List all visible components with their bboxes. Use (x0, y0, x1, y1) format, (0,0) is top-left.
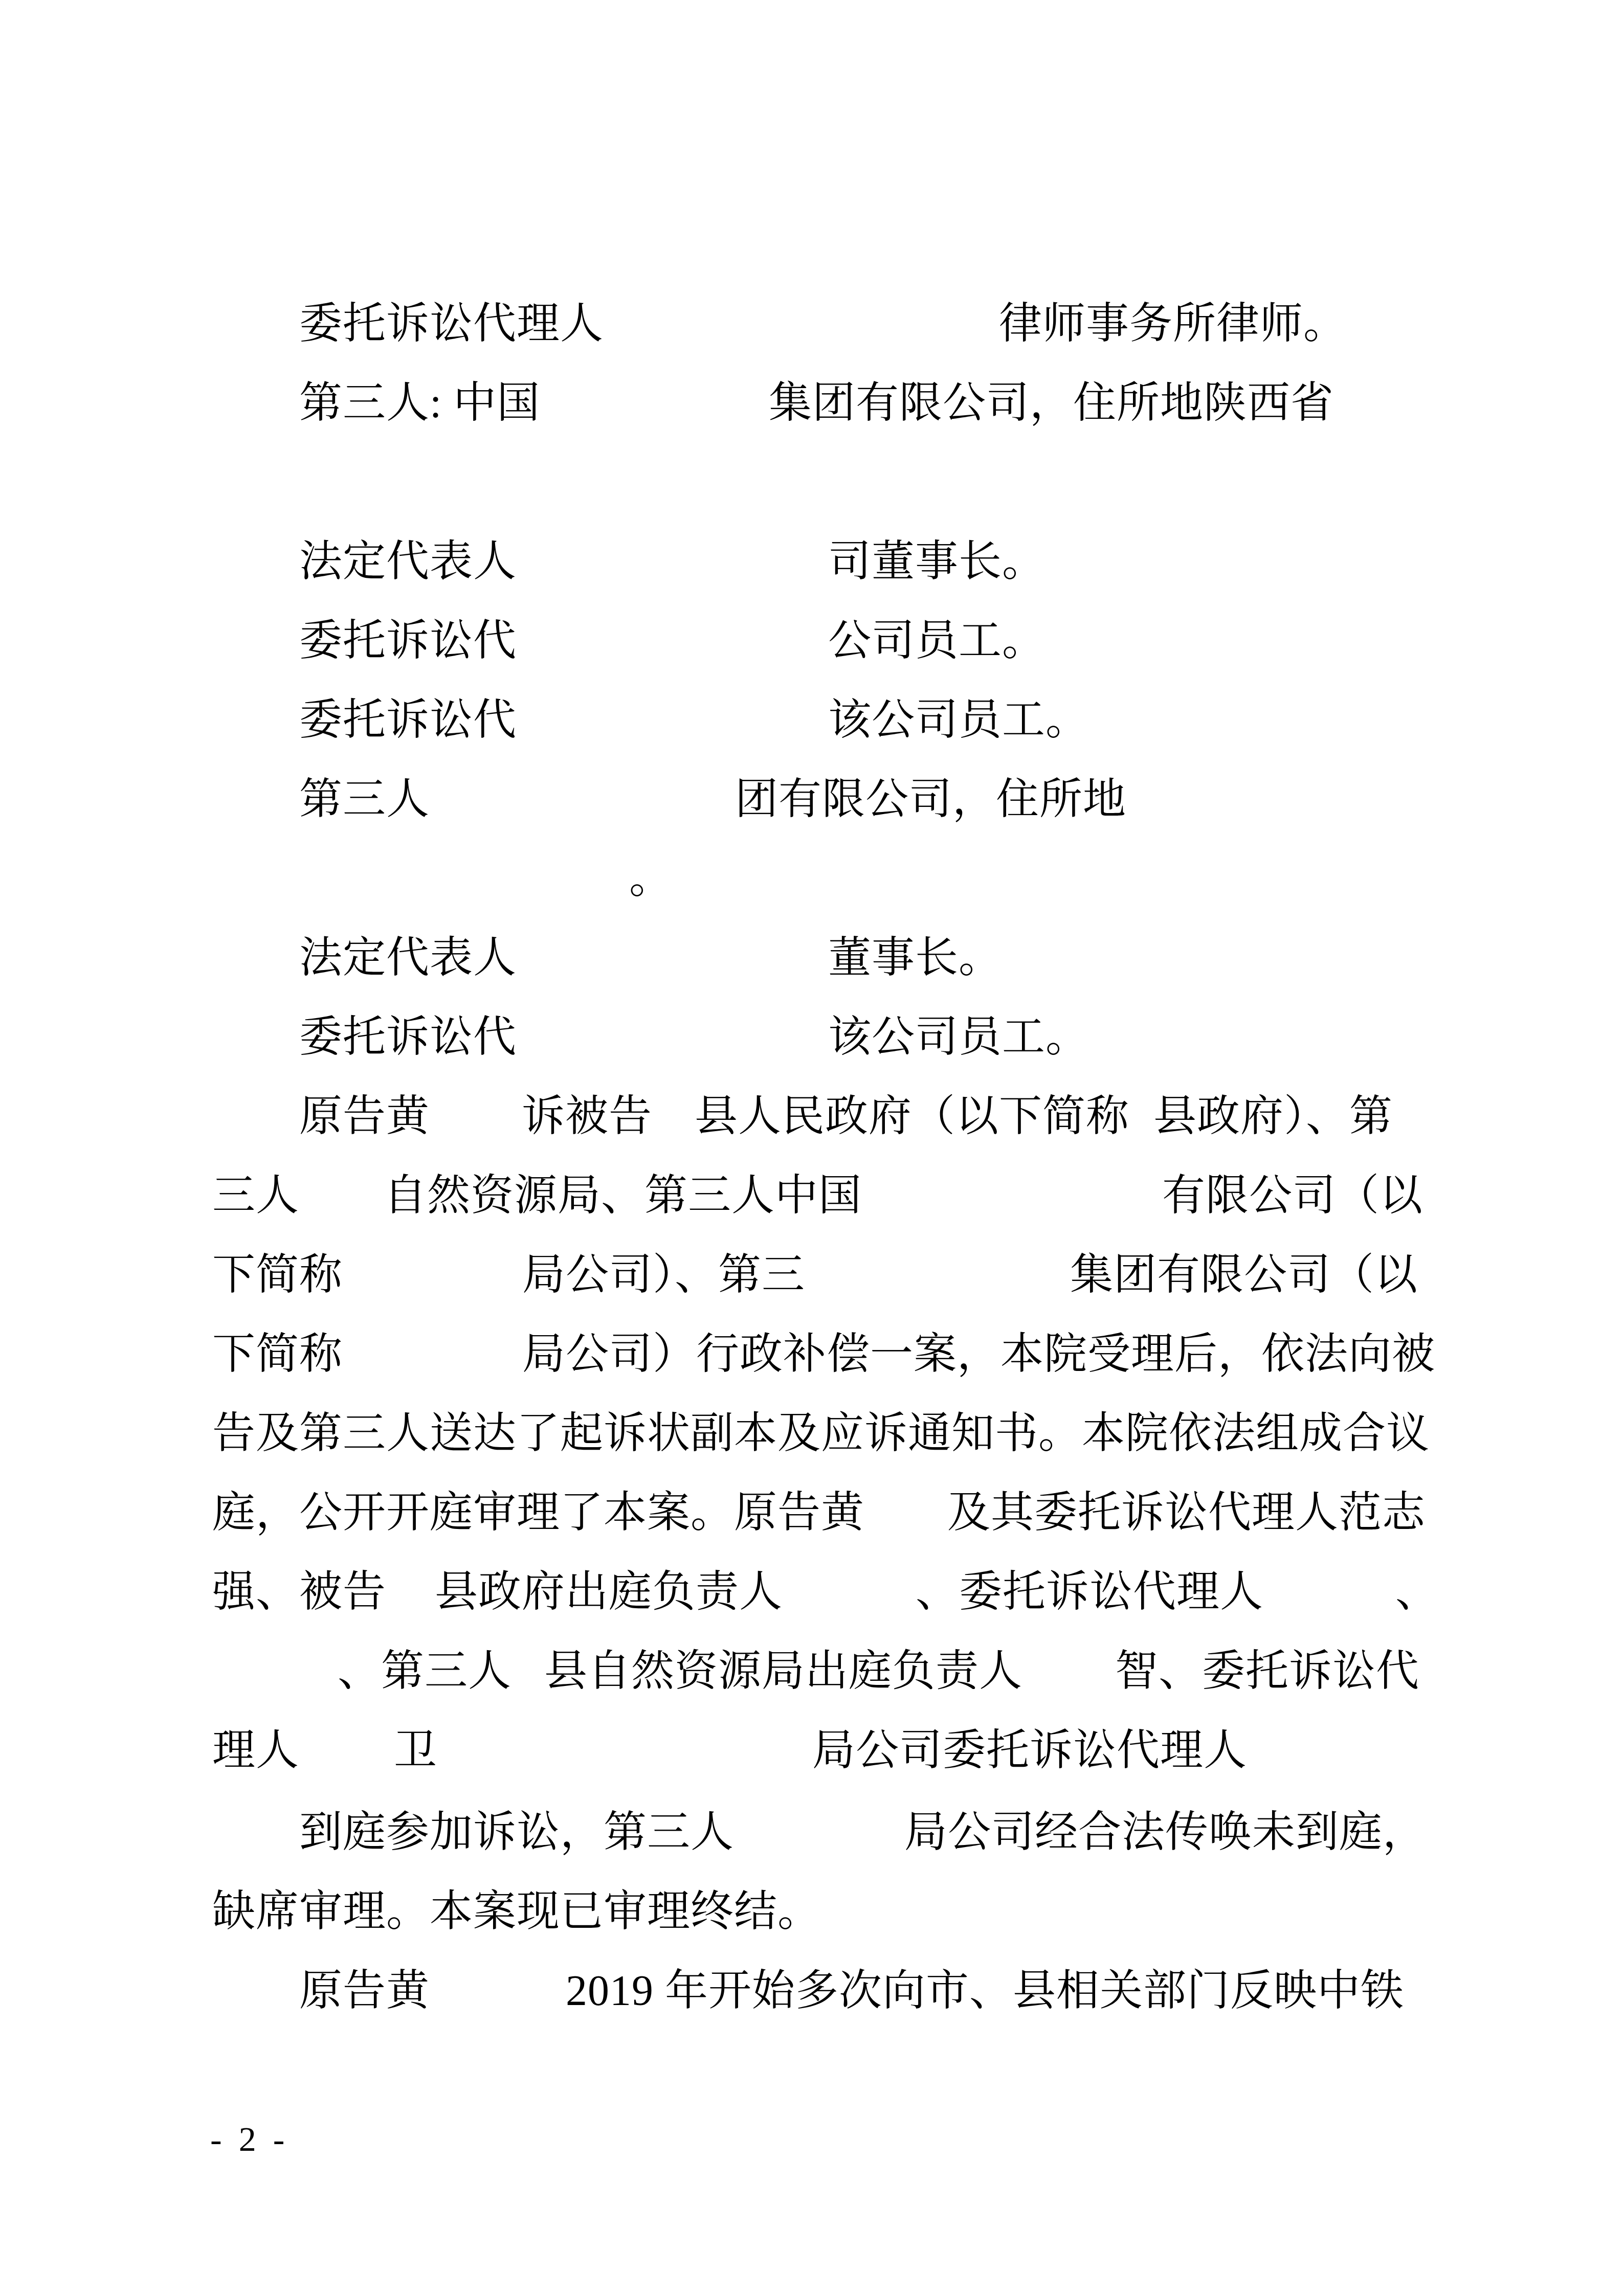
text-line: 下简称局公司）、第三集团有限公司（以 (0, 1250, 1624, 1308)
text-segment: 、第三人 (338, 1647, 511, 1697)
text-line: 委托诉讼代理人律师事务所律师。 (0, 299, 1624, 356)
text-segment: 县政府）、第 (1153, 1092, 1393, 1142)
text-segment: 三人 (212, 1171, 299, 1221)
text-segment: 及其委托诉讼代理人范志 (947, 1488, 1426, 1538)
text-segment: 有限公司（以 (1162, 1171, 1423, 1221)
document-page: 委托诉讼代理人律师事务所律师。第三人: 中国集团有限公司，住所地陕西省法定代表人… (0, 0, 1624, 2296)
text-segment: 法定代表人 (299, 537, 517, 587)
text-segment: 诉被告 (522, 1092, 652, 1142)
text-segment: 自然资源局、第三人中国 (384, 1171, 862, 1221)
text-line: 第三人团有限公司，住所地 (0, 775, 1624, 832)
text-line: 强、被告县政府出庭负责人、委托诉讼代理人、 (0, 1567, 1624, 1625)
text-segment: 委托诉讼代 (299, 616, 517, 666)
text-segment: 第三人: 中国 (299, 378, 540, 429)
text-segment: 2019 年开始多次向市、县相关部门反映中铁 (566, 1966, 1404, 2016)
text-segment: 县政府出庭负责人 (435, 1567, 783, 1617)
text-segment: 原告黄 (299, 1092, 430, 1142)
text-segment: 该公司员工。 (828, 1012, 1089, 1063)
text-segment: 。 (629, 854, 673, 904)
text-segment: 委托诉讼代 (299, 695, 517, 746)
text-line: 第三人: 中国集团有限公司，住所地陕西省 (0, 378, 1624, 436)
text-segment: 理人 (212, 1726, 299, 1776)
text-segment: 局公司）行政补偿一案，本院受理后，依法向被 (522, 1330, 1435, 1380)
text-segment: 团有限公司，住所地 (735, 775, 1126, 825)
text-line: 原告黄2019 年开始多次向市、县相关部门反映中铁 (0, 1966, 1624, 2023)
text-segment: 第三人 (299, 775, 430, 825)
text-segment: 下简称 (212, 1250, 343, 1300)
text-segment: 强、被告 (212, 1567, 386, 1617)
text-segment: 智、委托诉讼代 (1115, 1647, 1419, 1697)
text-line: 原告黄诉被告县人民政府（以下简称县政府）、第 (0, 1092, 1624, 1149)
text-segment: 告及第三人送达了起诉状副本及应诉通知书。本院依法组成合议 (212, 1409, 1430, 1459)
text-segment: 该公司员工。 (828, 695, 1089, 746)
text-segment: 到庭参加诉讼，第三人 (299, 1808, 734, 1858)
text-line: 法定代表人司董事长。 (0, 537, 1624, 594)
text-segment: 卫 (394, 1726, 437, 1776)
text-segment: 司董事长。 (828, 537, 1045, 587)
text-segment: 原告黄 (299, 1966, 430, 2016)
text-segment: 县人民政府（以下简称 (695, 1092, 1129, 1142)
text-segment: 、委托诉讼代理人 (916, 1567, 1263, 1617)
text-segment: 法定代表人 (299, 933, 517, 983)
text-segment: 局公司）、第三 (522, 1250, 805, 1300)
text-line: 告及第三人送达了起诉状副本及应诉通知书。本院依法组成合议 (0, 1409, 1624, 1466)
text-line: 委托诉讼代公司员工。 (0, 616, 1624, 673)
text-line: 委托诉讼代该公司员工。 (0, 1012, 1624, 1070)
text-line: 缺席审理。本案现已审理终结。 (0, 1887, 1624, 1944)
text-segment: 局公司委托诉讼代理人 (812, 1726, 1247, 1776)
text-segment: 缺席审理。本案现已审理终结。 (212, 1887, 821, 1937)
text-line: 下简称局公司）行政补偿一案，本院受理后，依法向被 (0, 1330, 1624, 1387)
text-segment: 委托诉讼代理人 (299, 299, 604, 349)
text-segment: 公司员工。 (828, 616, 1045, 666)
text-segment: 集团有限公司（以 (1070, 1250, 1418, 1300)
text-line: 。 (0, 854, 1624, 911)
text-line: 理人卫局公司委托诉讼代理人 (0, 1726, 1624, 1783)
page-number: - 2 - (210, 2119, 288, 2159)
text-line: 庭，公开开庭审理了本案。原告黄及其委托诉讼代理人范志 (0, 1488, 1624, 1545)
text-line: 到庭参加诉讼，第三人局公司经合法传唤未到庭， (0, 1808, 1624, 1865)
text-segment: 集团有限公司，住所地陕西省 (769, 378, 1334, 429)
text-line: 、第三人县自然资源局出庭负责人智、委托诉讼代 (0, 1647, 1624, 1704)
text-segment: 庭，公开开庭审理了本案。原告黄 (212, 1488, 864, 1538)
text-segment: 下简称 (212, 1330, 343, 1380)
text-segment: 董事长。 (828, 933, 1002, 983)
text-segment: 局公司经合法传唤未到庭， (904, 1808, 1426, 1858)
text-segment: 律师事务所律师。 (999, 299, 1347, 349)
text-line: 委托诉讼代该公司员工。 (0, 695, 1624, 753)
text-segment: 、 (1395, 1567, 1439, 1617)
text-segment: 委托诉讼代 (299, 1012, 517, 1063)
text-line: 法定代表人董事长。 (0, 933, 1624, 991)
text-line: 三人自然资源局、第三人中国有限公司（以 (0, 1171, 1624, 1228)
text-segment: 县自然资源局出庭负责人 (544, 1647, 1022, 1697)
